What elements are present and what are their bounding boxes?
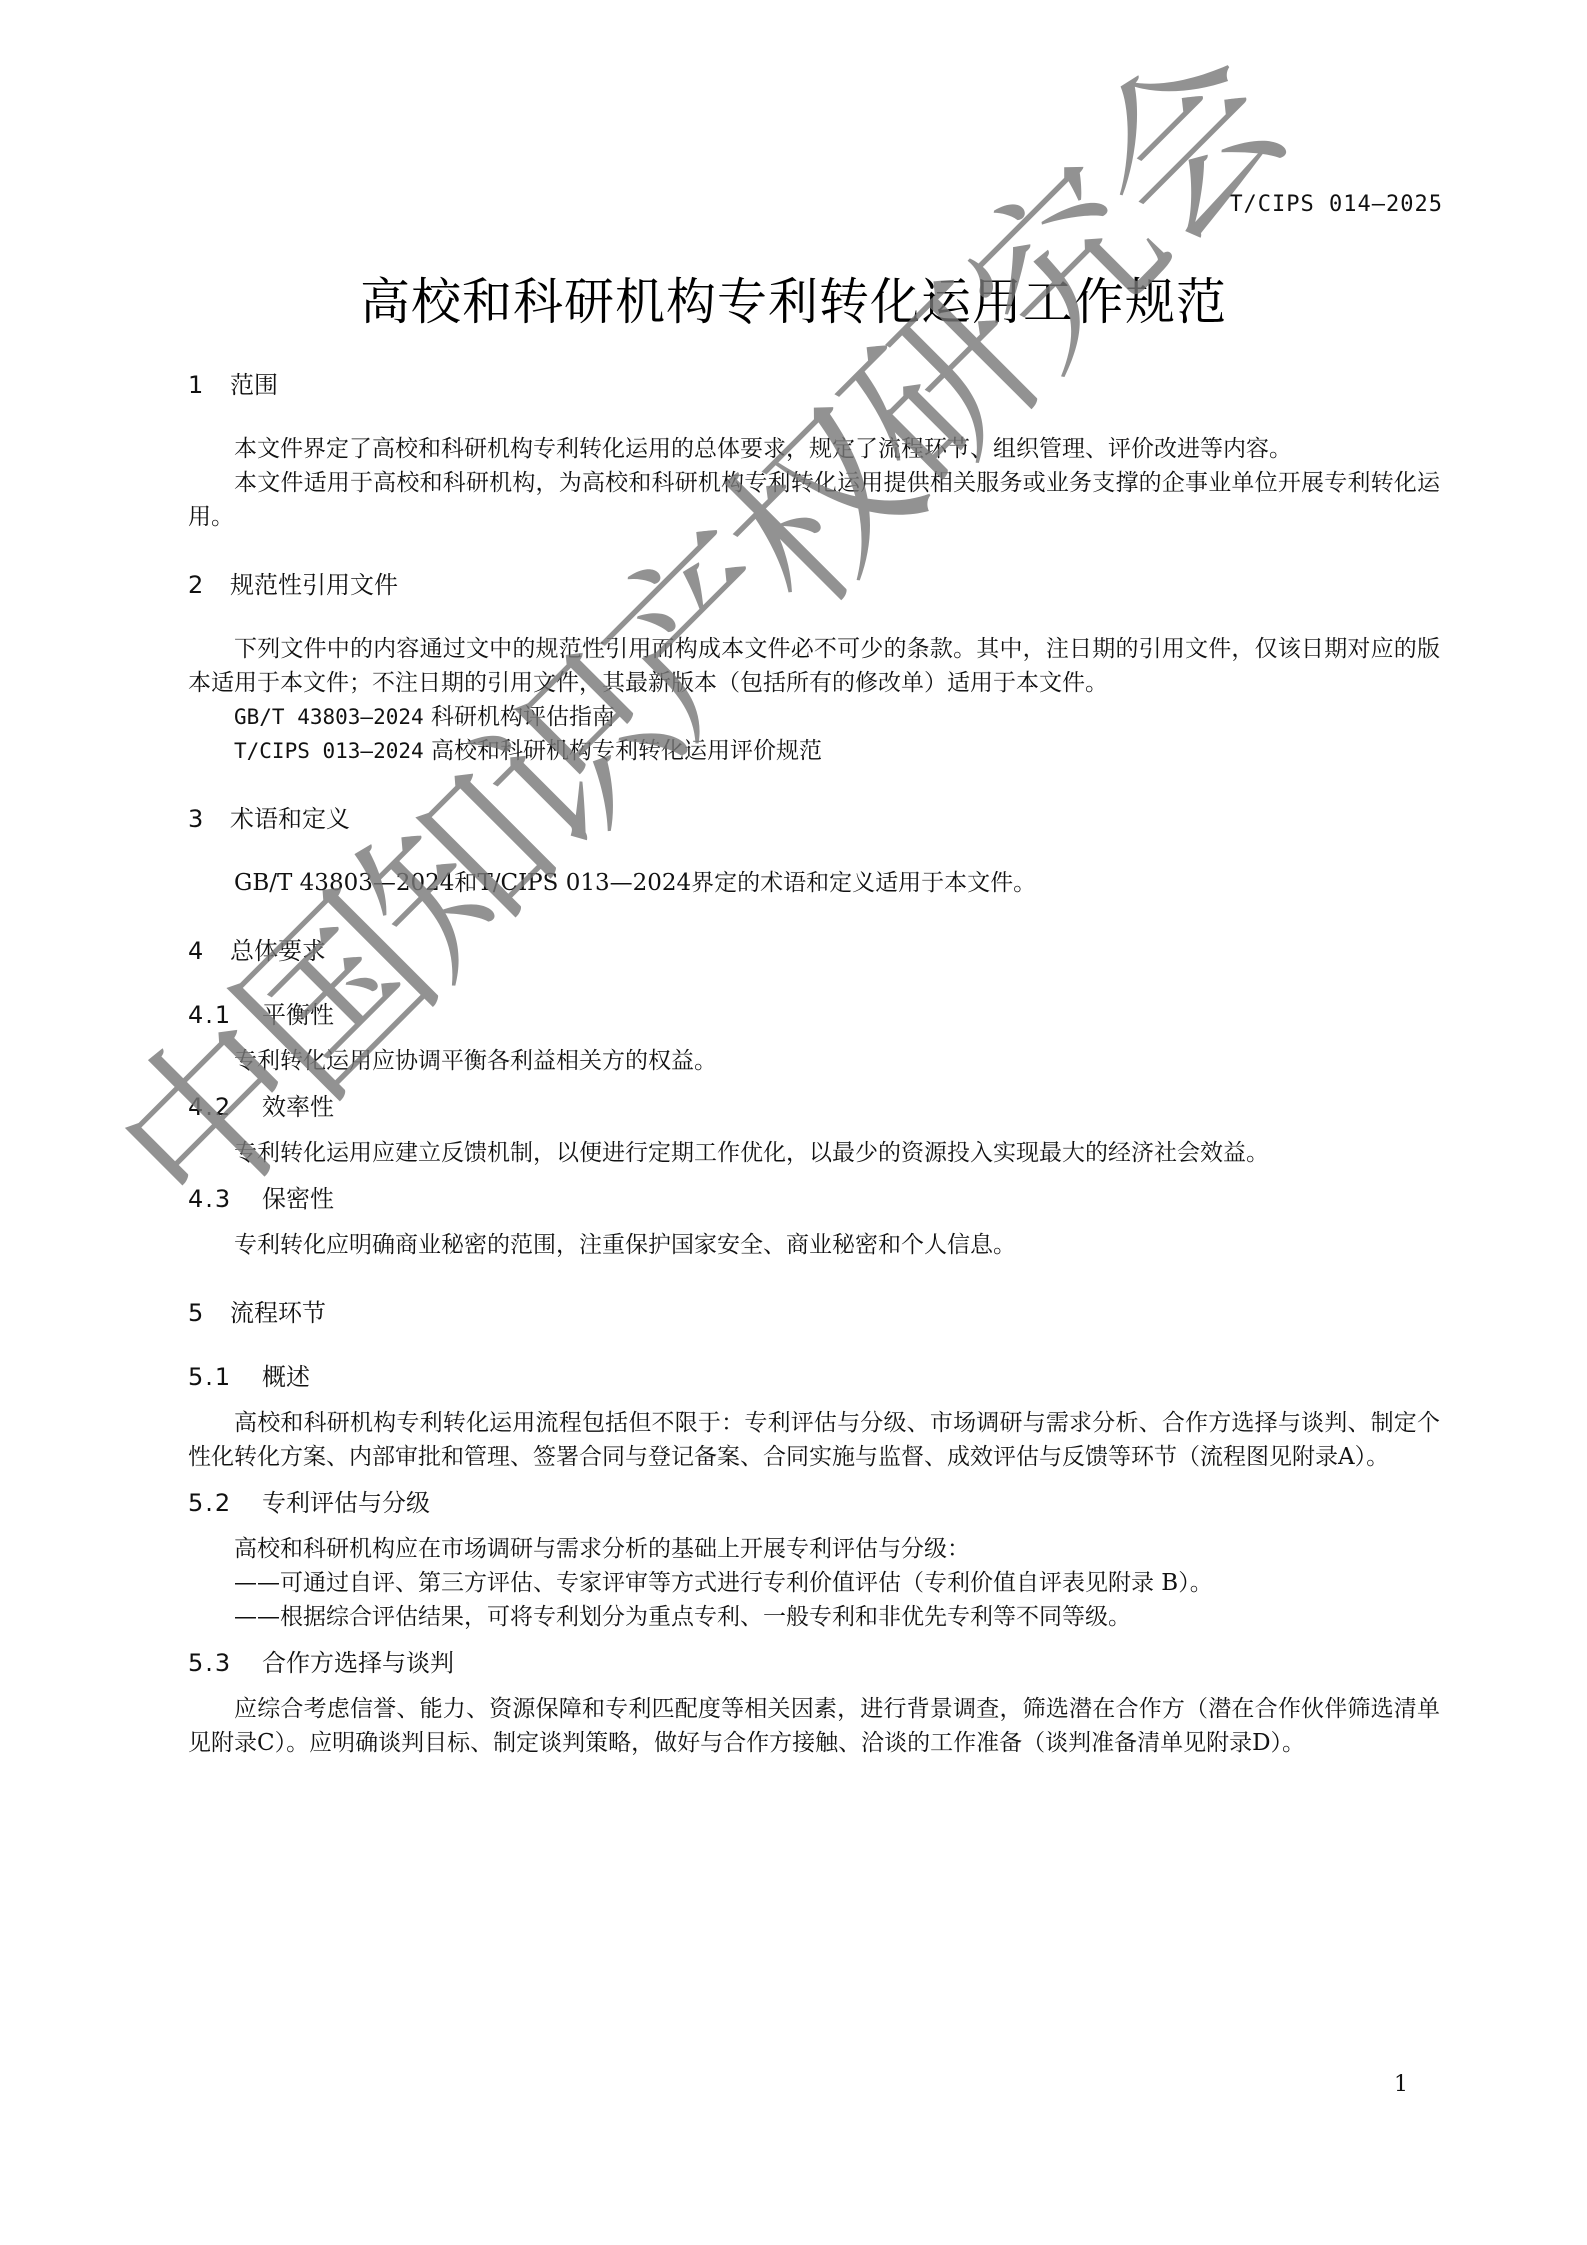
reference-item: GB/T 43803—2024 科研机构评估指南 [188, 700, 1440, 734]
subsection-title: 保密性 [262, 1182, 334, 1216]
paragraph: 应综合考虑信誉、能力、资源保障和专利匹配度等相关因素，进行背景调查，筛选潜在合作… [188, 1692, 1440, 1760]
section-heading-3: 3 术语和定义 [188, 802, 1440, 836]
section-title: 术语和定义 [230, 802, 350, 836]
paragraph: 高校和科研机构专利转化运用流程包括但不限于：专利评估与分级、市场调研与需求分析、… [188, 1406, 1440, 1474]
paragraph: 专利转化应明确商业秘密的范围，注重保护国家安全、商业秘密和个人信息。 [188, 1228, 1440, 1262]
section-heading-2: 2 规范性引用文件 [188, 568, 1440, 602]
document-code: T/CIPS 014—2025 [1229, 192, 1443, 217]
document-page: T/CIPS 014—2025 高校和科研机构专利转化运用工作规范 1 范围 本… [0, 0, 1587, 2245]
subsection-heading-5-1: 5.1 概述 [188, 1360, 1440, 1394]
subsection-number: 5.3 [188, 1646, 262, 1680]
section-heading-1: 1 范围 [188, 368, 1440, 402]
subsection-heading-4-2: 4.2 效率性 [188, 1090, 1440, 1124]
subsection-heading-4-1: 4.1 平衡性 [188, 998, 1440, 1032]
subsection-heading-4-3: 4.3 保密性 [188, 1182, 1440, 1216]
document-body: 1 范围 本文件界定了高校和科研机构专利转化运用的总体要求，规定了流程环节、组织… [188, 368, 1440, 1760]
subsection-title: 平衡性 [262, 998, 334, 1032]
paragraph: 本文件界定了高校和科研机构专利转化运用的总体要求，规定了流程环节、组织管理、评价… [188, 432, 1440, 466]
list-item: ——可通过自评、第三方评估、专家评审等方式进行专利价值评估（专利价值自评表见附录… [188, 1566, 1440, 1600]
subsection-heading-5-3: 5.3 合作方选择与谈判 [188, 1646, 1440, 1680]
subsection-title: 效率性 [262, 1090, 334, 1124]
subsection-number: 5.1 [188, 1360, 262, 1394]
page-number: 1 [1394, 2072, 1408, 2097]
reference-item: T/CIPS 013—2024 高校和科研机构专利转化运用评价规范 [188, 734, 1440, 768]
section-number: 3 [188, 802, 230, 836]
section-title: 流程环节 [230, 1296, 326, 1330]
section-title: 总体要求 [230, 934, 326, 968]
paragraph: 专利转化运用应建立反馈机制，以便进行定期工作优化，以最少的资源投入实现最大的经济… [188, 1136, 1440, 1170]
subsection-number: 4.3 [188, 1182, 262, 1216]
subsection-number: 4.1 [188, 998, 262, 1032]
paragraph: 高校和科研机构应在市场调研与需求分析的基础上开展专利评估与分级： [188, 1532, 1440, 1566]
section-number: 4 [188, 934, 230, 968]
reference-code: T/CIPS 013—2024 [234, 739, 424, 763]
paragraph: 下列文件中的内容通过文中的规范性引用而构成本文件必不可少的条款。其中，注日期的引… [188, 632, 1440, 700]
section-heading-4: 4 总体要求 [188, 934, 1440, 968]
paragraph: 本文件适用于高校和科研机构，为高校和科研机构专利转化运用提供相关服务或业务支撑的… [188, 466, 1440, 534]
subsection-number: 5.2 [188, 1486, 262, 1520]
section-number: 5 [188, 1296, 230, 1330]
section-title: 规范性引用文件 [230, 568, 398, 602]
document-title: 高校和科研机构专利转化运用工作规范 [0, 262, 1587, 334]
paragraph: GB/T 43803—2024和T/CIPS 013—2024界定的术语和定义适… [188, 866, 1440, 900]
subsection-heading-5-2: 5.2 专利评估与分级 [188, 1486, 1440, 1520]
section-title: 范围 [230, 368, 278, 402]
reference-name: 科研机构评估指南 [431, 704, 615, 730]
subsection-title: 合作方选择与谈判 [262, 1646, 454, 1680]
section-number: 1 [188, 368, 230, 402]
subsection-title: 概述 [262, 1360, 310, 1394]
subsection-title: 专利评估与分级 [262, 1486, 430, 1520]
reference-name: 高校和科研机构专利转化运用评价规范 [431, 738, 822, 764]
subsection-number: 4.2 [188, 1090, 262, 1124]
section-number: 2 [188, 568, 230, 602]
reference-code: GB/T 43803—2024 [234, 705, 424, 729]
paragraph: 专利转化运用应协调平衡各利益相关方的权益。 [188, 1044, 1440, 1078]
list-item: ——根据综合评估结果，可将专利划分为重点专利、一般专利和非优先专利等不同等级。 [188, 1600, 1440, 1634]
section-heading-5: 5 流程环节 [188, 1296, 1440, 1330]
